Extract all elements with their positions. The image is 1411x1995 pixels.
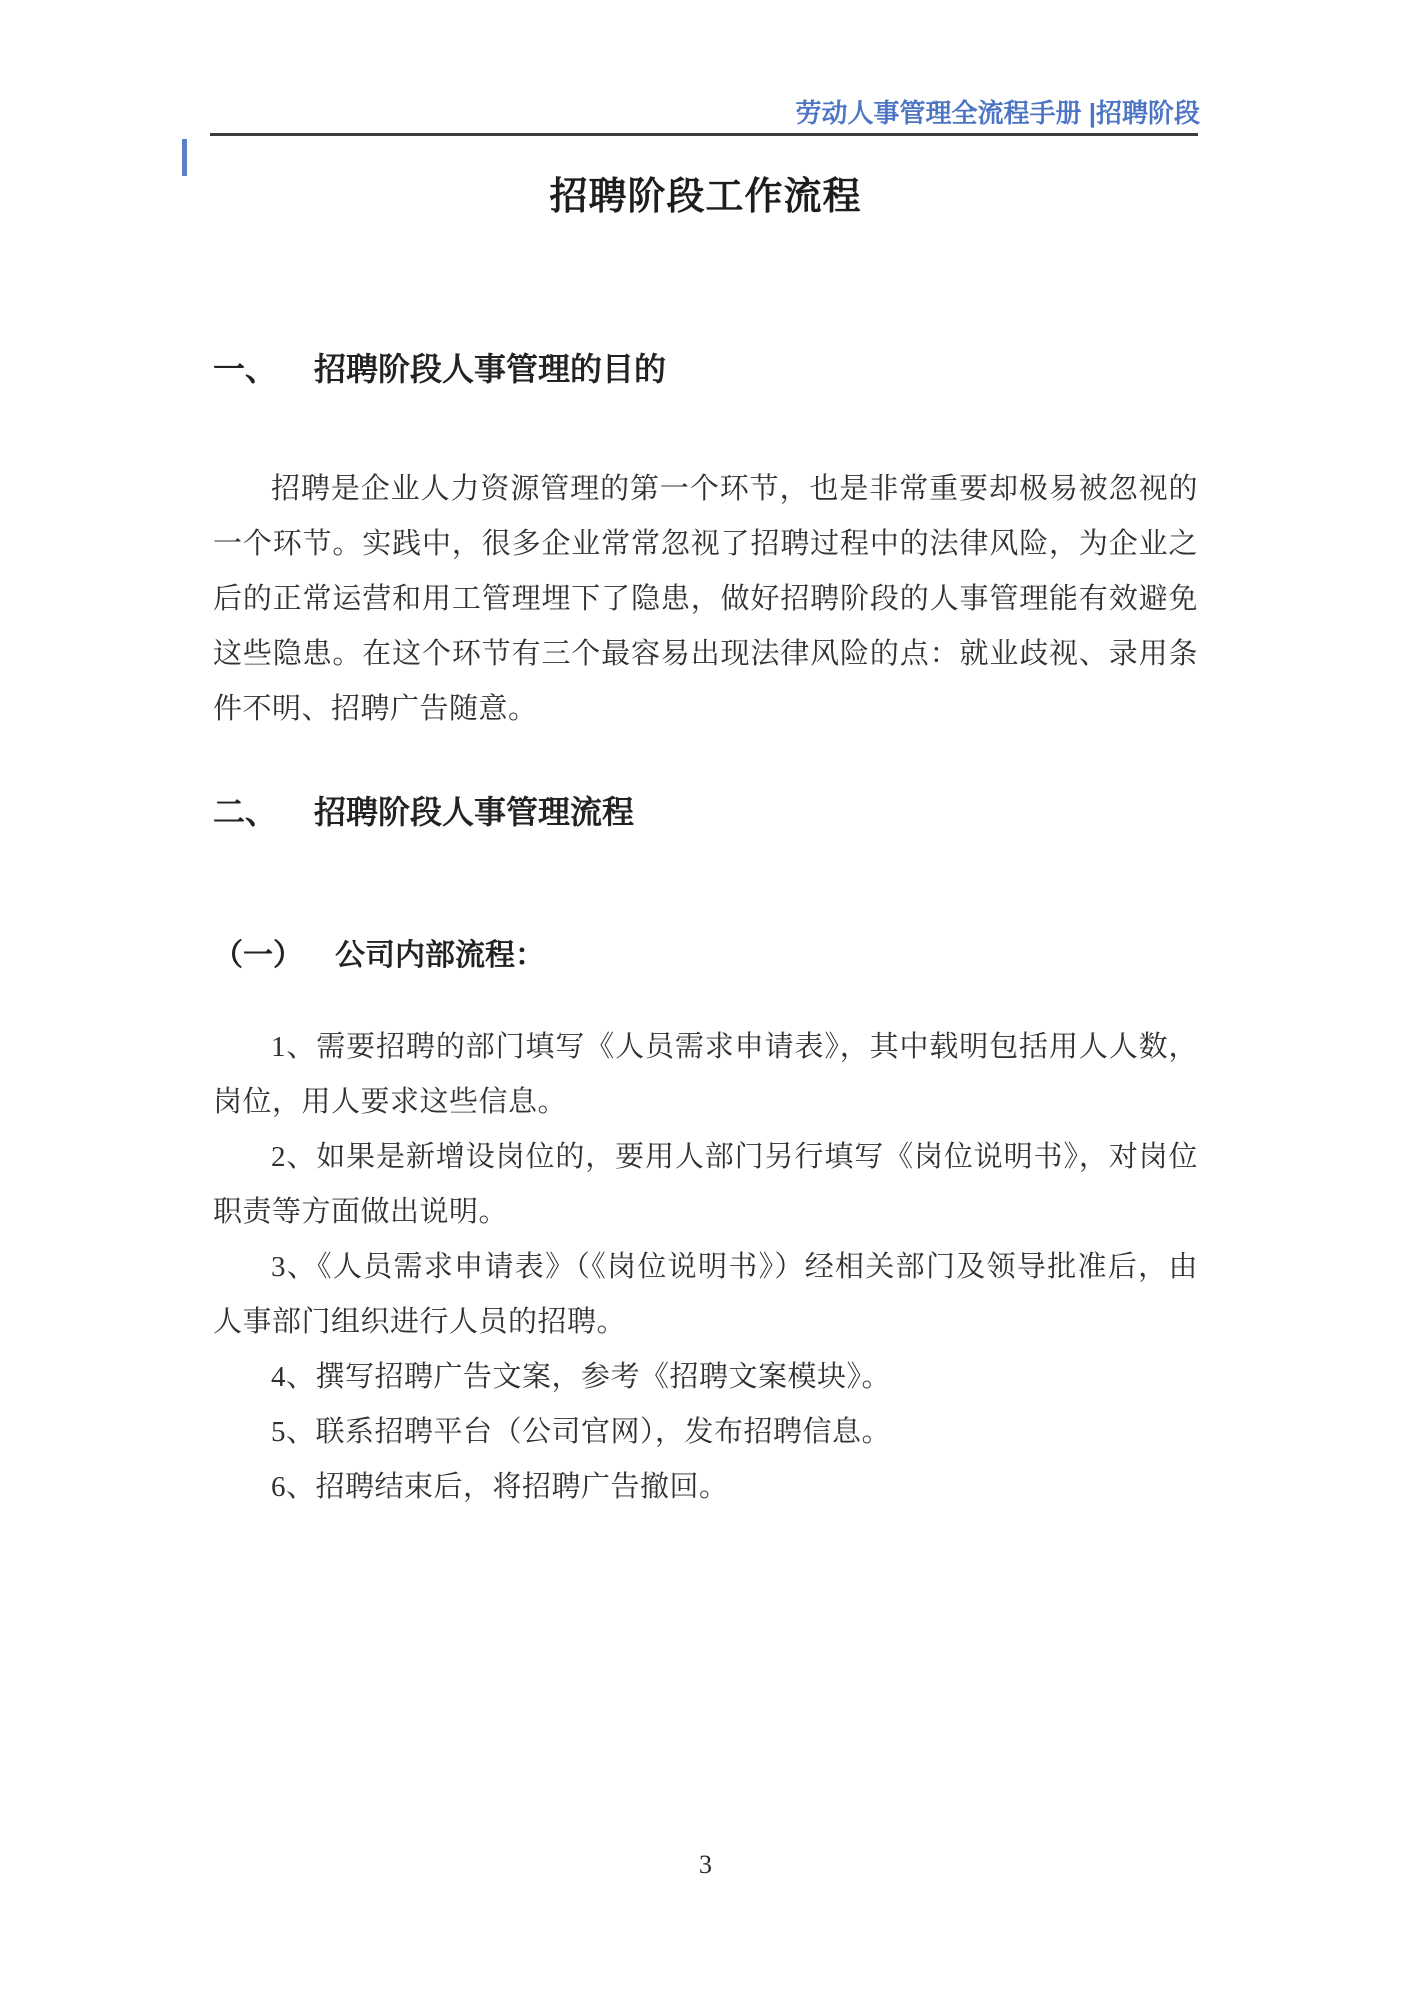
section-2-heading: 二、 招聘阶段人事管理流程 [213, 792, 634, 832]
margin-cursor-mark [182, 139, 187, 176]
section-1-number: 一、 [213, 349, 277, 389]
section-1-heading: 一、 招聘阶段人事管理的目的 [213, 349, 666, 389]
section-1-title: 招聘阶段人事管理的目的 [314, 349, 666, 389]
list-item: 2、如果是新增设岗位的，要用人部门另行填写《岗位说明书》，对岗位职责等方面做出说… [213, 1130, 1198, 1240]
list-item: 3、《人员需求申请表》（《岗位说明书》）经相关部门及领导批准后，由人事部门组织进… [213, 1240, 1198, 1350]
document-page: 劳动人事管理全流程手册 |招聘阶段 招聘阶段工作流程 一、 招聘阶段人事管理的目… [0, 0, 1411, 1995]
list-item: 4、撰写招聘广告文案，参考《招聘文案模块》。 [213, 1350, 1198, 1405]
internal-process-list: 1、需要招聘的部门填写《人员需求申请表》，其中载明包括用人人数，岗位，用人要求这… [213, 1020, 1198, 1515]
list-item: 1、需要招聘的部门填写《人员需求申请表》，其中载明包括用人人数，岗位，用人要求这… [213, 1020, 1198, 1130]
header-rule [210, 133, 1198, 136]
subsection-1-number: （一） [213, 937, 303, 975]
page-number: 3 [0, 1850, 1411, 1880]
header-running-title: 劳动人事管理全流程手册 |招聘阶段 [796, 97, 1201, 129]
section-1-paragraph: 招聘是企业人力资源管理的第一个环节，也是非常重要却极易被忽视的一个环节。实践中，… [213, 462, 1198, 737]
section-2-number: 二、 [213, 792, 277, 832]
subsection-1-title: 公司内部流程： [335, 937, 545, 975]
subsection-1-heading: （一） 公司内部流程： [213, 937, 545, 975]
section-2-title: 招聘阶段人事管理流程 [314, 792, 634, 832]
list-item: 6、招聘结束后，将招聘广告撤回。 [213, 1460, 1198, 1515]
list-item: 5、联系招聘平台（公司官网），发布招聘信息。 [213, 1405, 1198, 1460]
document-title: 招聘阶段工作流程 [0, 174, 1411, 220]
